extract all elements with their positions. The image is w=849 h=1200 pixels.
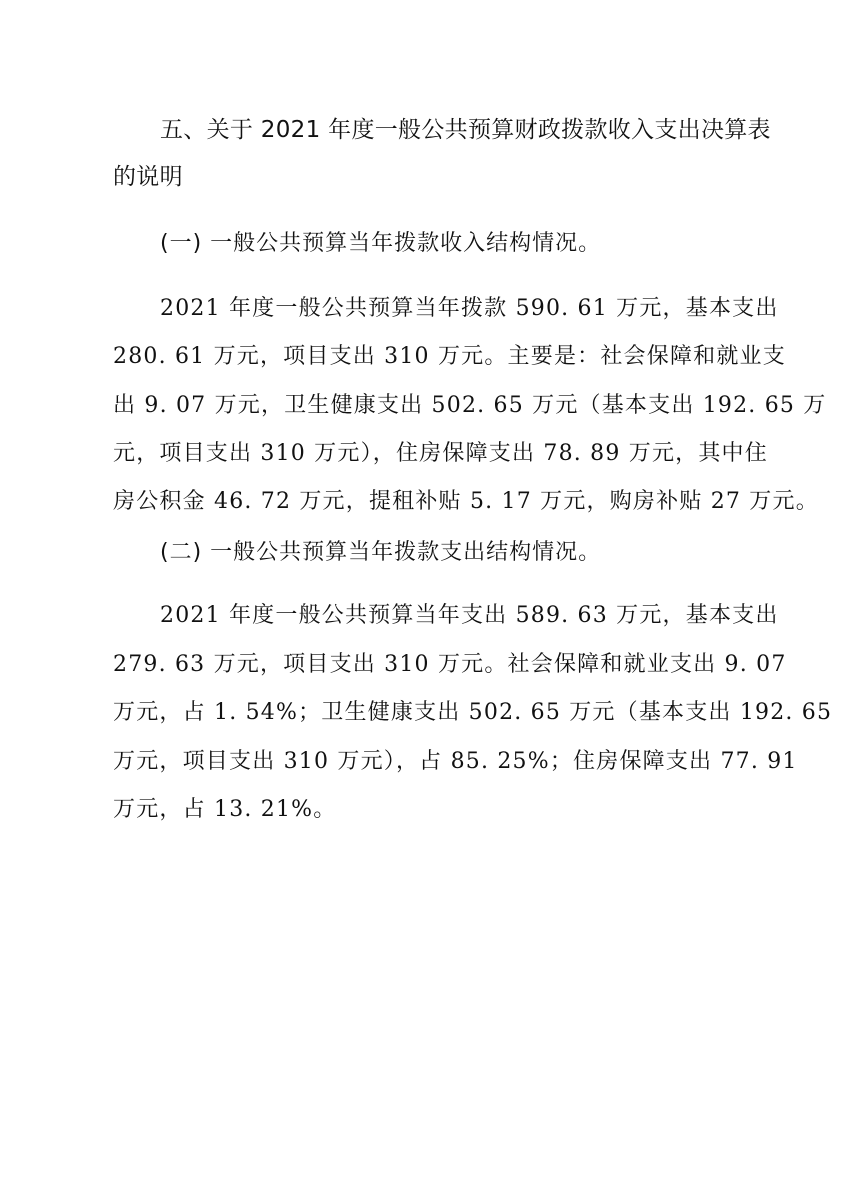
subsection-2-paragraph-line: 279. 63 万元，项目支出 310 万元。社会保障和就业支出 9. 07	[113, 651, 787, 679]
subsection-1-paragraph-line: 元，项目支出 310 万元），住房保障支出 78. 89 万元，其中住	[113, 440, 768, 468]
section-title-line-2: 的说明	[113, 163, 183, 191]
subsection-1-paragraph-line: 280. 61 万元，项目支出 310 万元。主要是：社会保障和就业支	[113, 343, 786, 371]
subsection-2-paragraph-line: 万元，项目支出 310 万元），占 85. 25%；住房保障支出 77. 91	[113, 748, 798, 776]
document-page: 五、关于 2021 年度一般公共预算财政拨款收入支出决算表 的说明 (一) 一般…	[0, 0, 849, 1200]
subsection-1-heading: (一) 一般公共预算当年拨款收入结构情况。	[160, 230, 601, 258]
subsection-1-paragraph-line: 出 9. 07 万元，卫生健康支出 502. 65 万元（基本支出 192. 6…	[113, 392, 826, 420]
subsection-1-paragraph-line: 2021 年度一般公共预算当年拨款 590. 61 万元，基本支出	[160, 295, 779, 323]
subsection-1-paragraph-line: 房公积金 46. 72 万元，提租补贴 5. 17 万元，购房补贴 27 万元。	[113, 488, 819, 516]
subsection-2-paragraph-line: 万元，占 1. 54%；卫生健康支出 502. 65 万元（基本支出 192. …	[113, 699, 832, 727]
subsection-2-heading: (二) 一般公共预算当年拨款支出结构情况。	[160, 539, 601, 567]
subsection-2-paragraph-line: 2021 年度一般公共预算当年支出 589. 63 万元，基本支出	[160, 602, 779, 630]
subsection-2-paragraph-line: 万元，占 13. 21%。	[113, 796, 336, 824]
section-title-line-1: 五、关于 2021 年度一般公共预算财政拨款收入支出决算表	[160, 116, 771, 144]
